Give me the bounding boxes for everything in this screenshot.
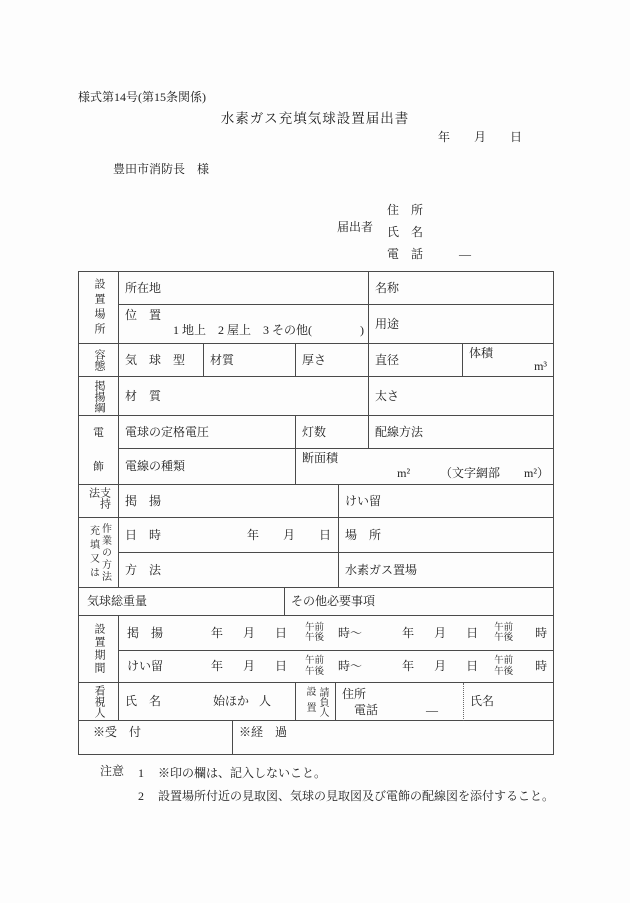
cell-rope-material: 材 質 (119, 377, 369, 416)
note-item-2: 2 設置場所付近の見取図、気球の見取図及び電飾の配線図を添付すること。 (138, 785, 554, 808)
cell-balloon-type: 気 球 型 (119, 344, 204, 377)
cell-work-datetime: 日 時 年 月 日 (119, 518, 339, 553)
cell-gas-storage: 水素ガス置場 (339, 553, 553, 588)
date-field: 年 月 日 (438, 128, 522, 145)
page-title: 水素ガス充填気球設置届出書 (0, 107, 630, 127)
period-ymd-2: 年 月 日 (402, 626, 482, 641)
period-ampm-3: 午前 午後 (305, 656, 324, 677)
contractor-label-col2: 請負人 (317, 687, 327, 717)
period-ampm-4: 午前 午後 (494, 656, 513, 677)
row-label-watchman-text: 看視人 (93, 685, 104, 718)
row-label-installation-place: 設置場所 (79, 272, 119, 344)
cell-cross-section: 断面積 m² （文字網部 m²） (296, 449, 553, 485)
period-ampm-2: 午前 午後 (494, 623, 513, 644)
cell-lamp-count: 灯数 (296, 416, 369, 449)
cell-volume: 体積 m³ (463, 344, 553, 377)
period-hour-to: 時 (535, 626, 547, 641)
cell-position: 位 置 1 地上 2 屋上 3 その他( ) (119, 305, 369, 344)
period-ymd-4: 年 月 日 (402, 659, 482, 674)
period-hoist-label: 掲 揚 (127, 626, 163, 641)
period-moor-label: けい留 (127, 659, 163, 674)
position-options: 1 地上 2 屋上 3 その他( ) (125, 323, 368, 338)
addressee: 豊田市消防長 様 (113, 160, 209, 177)
row-label-support-method: 支持法 (79, 485, 119, 518)
period-hour-to-2: 時 (535, 659, 547, 674)
cell-material: 材質 (204, 344, 296, 377)
notes-label: 注意 (100, 762, 124, 808)
row-label-hoist-rope: 掲揚綱 (79, 377, 119, 416)
row-label-form-state-text: 容態 (93, 349, 104, 371)
volume-unit: m³ (534, 359, 547, 374)
cell-diameter: 直径 (369, 344, 463, 377)
row-label-support-method-text: 支持法 (88, 487, 110, 515)
row-label-installation-period-text: 設置期間 (93, 623, 104, 675)
cell-watchman-name: 氏 名 始ほか 人 (119, 683, 296, 721)
contractor-label-col1: 設置 (304, 686, 314, 718)
work-ymd: 年 月 日 (247, 528, 331, 543)
form-number: 様式第14号(第15条関係) (78, 88, 206, 105)
cell-name: 名称 (369, 272, 553, 305)
period-ymd-3: 年 月 日 (211, 659, 291, 674)
cell-bulb-voltage: 電球の定格電圧 (119, 416, 296, 449)
cell-use: 用途 (369, 305, 553, 344)
row-label-filling-work-method: 充填又は 作業の方法 (79, 518, 119, 588)
cell-total-weight: 気球総重量 (79, 588, 285, 616)
watchman-name-label: 氏 名 (125, 694, 161, 709)
cell-address: 所在地 (119, 272, 369, 305)
note-2-text: 設置場所付近の見取図、気球の見取図及び電飾の配線図を添付すること。 (158, 785, 554, 808)
cell-contractor-address: 住所 電話 — (336, 683, 464, 721)
notification-form-page: { "theme": { "ink": "#1c1c1c", "line": "… (0, 0, 630, 903)
cell-contractor-label: 設置 請負人 (296, 683, 336, 721)
filling-label-col2: 作業の方法 (100, 523, 110, 583)
period-hour-from: 時～ (338, 626, 362, 641)
row-label-installation-period: 設置期間 (79, 616, 119, 683)
row-label-watchman: 看視人 (79, 683, 119, 721)
filling-label-col1: 充填又は (88, 525, 98, 581)
note-1-text: ※印の欄は、記入しないこと。 (158, 762, 326, 785)
cell-reception: ※受 付 (79, 721, 233, 754)
cell-period-hoist: 掲 揚 年 月 日 午前 午後 時～ 年 月 日 午前 午後 時 (119, 616, 553, 651)
row-label-illumination: 電 飾 (79, 416, 119, 485)
cell-support-moor: けい留 (339, 485, 553, 518)
volume-label: 体積 (469, 346, 493, 360)
period-ampm-1: 午前 午後 (305, 623, 324, 644)
position-label: 位 置 (125, 308, 368, 323)
cell-thickness: 厚さ (296, 344, 369, 377)
applicant-label: 届出者 (337, 218, 373, 235)
cross-section-label: 断面積 (302, 451, 553, 466)
cell-rope-size: 太さ (369, 377, 553, 416)
cell-support-hoist: 掲 揚 (119, 485, 339, 518)
row-label-illumination-text: 電 飾 (93, 416, 104, 484)
watchman-count-unit: 人 (259, 694, 271, 709)
period-hour-from-2: 時～ (338, 659, 362, 674)
cell-work-method: 方 法 (119, 553, 339, 588)
notes: 注意 1 ※印の欄は、記入しないこと。 2 設置場所付近の見取図、気球の見取図及… (100, 762, 554, 808)
row-label-hoist-rope-text: 掲揚綱 (93, 380, 104, 413)
note-item-1: 1 ※印の欄は、記入しないこと。 (138, 762, 554, 785)
row-label-form-state: 容態 (79, 344, 119, 377)
row-label-installation-place-text: 設置場所 (93, 278, 104, 338)
note-2-number: 2 (138, 785, 158, 808)
cell-work-place: 場 所 (339, 518, 553, 553)
cell-wire-type: 電線の種類 (119, 449, 296, 485)
cell-progress: ※経 過 (233, 721, 553, 754)
cell-contractor-name: 氏名 (464, 683, 553, 721)
cell-wiring-method: 配線方法 (369, 416, 553, 449)
work-datetime-label: 日 時 (125, 528, 161, 543)
cross-section-units: m² （文字網部 m²） (302, 466, 553, 481)
form-table: 設置場所 所在地 名称 位 置 1 地上 2 屋上 3 その他( ) 用途 容態… (78, 271, 554, 755)
applicant-fields: 住 所 氏 名 電 話 — (387, 199, 471, 265)
note-1-number: 1 (138, 762, 158, 785)
cell-period-moor: けい留 年 月 日 午前 午後 時～ 年 月 日 午前 午後 時 (119, 651, 553, 683)
period-ymd-1: 年 月 日 (211, 626, 291, 641)
watchman-others: 始ほか (213, 694, 249, 709)
cell-other-items: その他必要事項 (285, 588, 553, 616)
